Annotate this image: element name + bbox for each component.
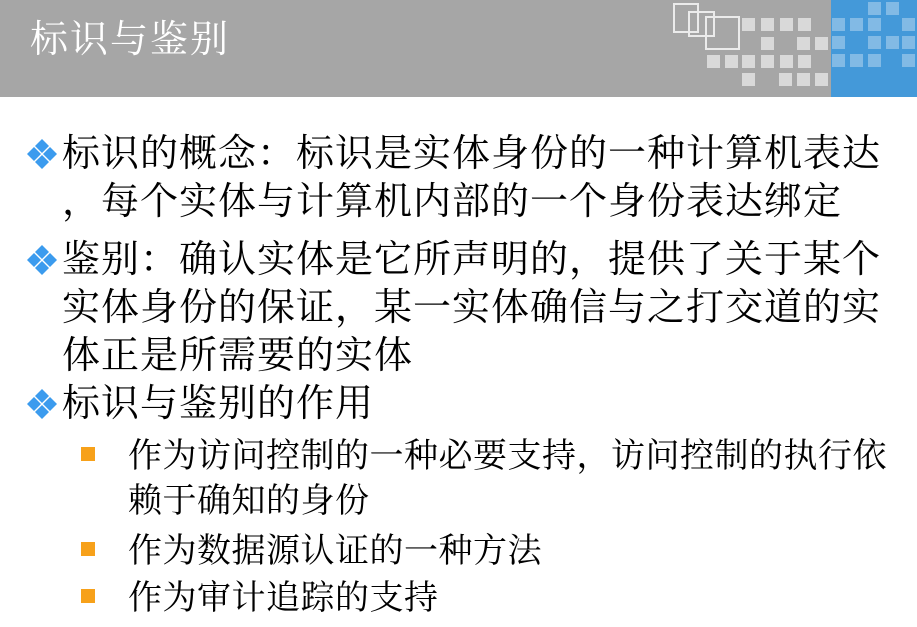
decor-gray-square: [742, 73, 755, 86]
decor-gray-square: [797, 37, 810, 50]
decor-gray-square: [725, 55, 738, 68]
sub-bullet-text: 作为审计追踪的支持: [128, 576, 917, 621]
presentation-slide: 标识与鉴别 标识的概念：标识是实体身份的一种计算机表达 ，每个实体与计算机内部的…: [0, 0, 917, 627]
slide-title: 标识与鉴别: [30, 20, 230, 60]
sub-bullet-text: 作为访问控制的一种必要支持，访问控制的执行依 赖于确知的身份: [128, 434, 917, 524]
decor-blue-square: [868, 54, 881, 67]
decor-gray-square: [761, 18, 774, 31]
decor-blue-square: [832, 36, 845, 49]
decor-gray-square: [815, 37, 828, 50]
decor-blue-square: [850, 54, 863, 67]
decor-blue-square: [902, 54, 915, 67]
decor-blue-square: [868, 2, 881, 15]
diamond-bullet-icon: [27, 245, 57, 275]
sub-bullet-text: 作为数据源认证的一种方法: [128, 529, 917, 574]
square-bullet-icon: [81, 447, 95, 461]
decor-blue-square: [868, 18, 881, 31]
decor-gray-square: [798, 18, 811, 31]
decor-outline-square: [705, 16, 740, 50]
bullet-item: 标识与鉴别的作用: [0, 380, 917, 428]
decor-blue-square: [868, 36, 881, 49]
decor-gray-square: [815, 73, 828, 86]
square-bullet-icon: [81, 589, 95, 603]
bullet-text: 标识与鉴别的作用: [62, 380, 917, 428]
decor-gray-square: [797, 73, 810, 86]
decor-gray-square: [780, 55, 793, 68]
sub-bullet-item: 作为访问控制的一种必要支持，访问控制的执行依 赖于确知的身份: [0, 434, 917, 524]
decor-gray-square: [742, 18, 755, 31]
decor-gray-square: [779, 73, 792, 86]
decor-gray-square: [761, 37, 774, 50]
bullet-text: 标识的概念：标识是实体身份的一种计算机表达 ，每个实体与计算机内部的一个身份表达…: [62, 130, 917, 226]
decor-blue-square: [850, 18, 863, 31]
decor-blue-square: [902, 36, 915, 49]
decor-gray-square: [780, 18, 793, 31]
bullet-item: 鉴别：确认实体是它所声明的，提供了关于某个 实体身份的保证，某一实体确信与之打交…: [0, 236, 917, 380]
sub-bullet-item: 作为审计追踪的支持: [0, 576, 917, 621]
decor-gray-square: [742, 55, 755, 68]
bullet-text: 鉴别：确认实体是它所声明的，提供了关于某个 实体身份的保证，某一实体确信与之打交…: [62, 236, 917, 380]
slide-body: 标识的概念：标识是实体身份的一种计算机表达 ，每个实体与计算机内部的一个身份表达…: [0, 130, 917, 621]
diamond-bullet-icon: [27, 139, 57, 169]
decor-blue-square: [902, 18, 915, 31]
decor-gray-square: [707, 55, 720, 68]
diamond-bullet-icon: [27, 389, 57, 419]
decor-gray-square: [761, 55, 774, 68]
decor-blue-square: [832, 18, 845, 31]
bullet-item: 标识的概念：标识是实体身份的一种计算机表达 ，每个实体与计算机内部的一个身份表达…: [0, 130, 917, 226]
decor-blue-square: [886, 2, 899, 15]
decor-gray-square: [798, 55, 811, 68]
square-bullet-icon: [81, 542, 95, 556]
decor-blue-square: [832, 54, 845, 67]
sub-bullet-item: 作为数据源认证的一种方法: [0, 529, 917, 574]
decor-blue-square: [886, 36, 899, 49]
